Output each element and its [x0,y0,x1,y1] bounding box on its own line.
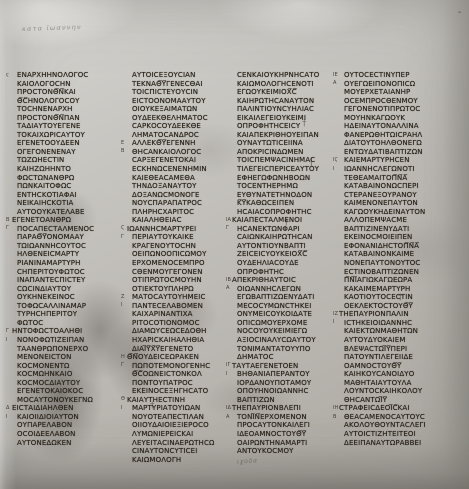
text-line: ΕϹΚΗΝΩϹΕΝΕΝΗΜΙΝ [132,165,236,174]
eusebian-section-number: Ι [333,320,334,325]
text-line: ΕΓΩΒΑΠΤΙΖΩΕΝΥΔΑΤΙ [237,293,341,302]
eusebian-section-number: Α [226,415,229,420]
text-line: ΕϹΤΙΝΟΒΑΠΤΙΖΩΝΕΝ [344,268,448,277]
text-line: ΚΑΙΕΘΕΑϹΑΜΕΘΑ [132,174,236,183]
text-line: ΤΟϹΕΝΤΗΕΡΗΜΩ [237,182,341,191]
text-line: ϹΑΡΞΕΓΕΝΕΤΟΚΑΙ [132,156,236,165]
text-line: ΟΠΡΟΦΗΤΗϹΕΙϹΥ [237,122,341,131]
text-line: ΘΕΑϹΑΜΕΝΟϹΑΥΤΟΥϹ [344,413,448,422]
text-line: ΠΩΠΟΤΕΜΟΝΟΓΕΝΗϹ [132,362,236,371]
text-line: ΒΑΠΤΙΖΙΝΕΝΥΔΑΤΙ [344,225,448,234]
manuscript-page-photo: κατα ϊωαννην ″ ΕΝΑΡΧΗΗΝΟΛΟΓΟϹΚΑΙΟΛΟΓΟϹΗΝ… [0,0,469,489]
text-line: ΚΑΙΑΛΗΘΕΙΑϹ [132,216,236,225]
text-column-4: ΟΥΤΟϹΕϹΤΙΝΥΠΕΡΟΥΕΓΩΕΙΠΟΝΟΠΙϹΩΜΟΥΕΡΧΕΤΑΙΑ… [344,71,448,447]
text-line: ΠΑΤΟΥΝΤΙΛΕΓΕΙΙΔΕ [344,353,448,362]
text-line: ΚΑΤΑΒΑΙΝΟΝΩϹΠΕΡΙ [344,182,448,191]
text-line: ΑΛΛΕΚΘ̅Υ̅ΕΓΕΝΝΗ [132,139,236,148]
text-line: ΕΝΤΗϹΚΟΤΙΑΦΑΙ [17,191,121,200]
text-line: ϹΩϹΙΝΔΙΑΥΤΟΥ [17,285,121,294]
text-line: ΜΟϹΑΥΤΟΝΟΥΚΕΓΝΩ [17,396,121,405]
text-line: ΟΤΙΠΡΩΤΟϹΜΟΥΗΝ [132,276,236,285]
text-line: ΚΑΙΕΜΑΡΤΥΡΗϹΕΝ [344,156,448,165]
eusebian-section-number: ΙΓ [226,363,230,368]
text-line: ΑΠΕΚΡΙΘΗΑΥΤΟΙϹ [232,276,341,285]
text-line: ΤΟΝΙΜΑΝΤΑΤΟΥΥΠΟ [237,345,341,354]
text-line: ΟΙΟΥΚΕΞΑΙΜΑΤΩΝ [132,105,236,114]
text-line: ΕΓΩΟΥΚΕΙΜΙΟΧ̅Ϲ̅ [237,88,341,97]
text-line: ΑΞΙΟϹΙΝΑΛΥϹΩΑΥΤΟΥ [237,336,341,345]
text-line: ΤΗΕΠΑΥΡΙΟΝΒΛΕΠΙ [232,404,341,413]
text-line: ΑΥΤΟΟΥΚΑΤΕΛΑΒΕ [17,208,121,217]
eusebian-section-number: Ε [121,141,124,146]
text-line: ΚΑΙΗΚΟΥϹΑΝΟΙΔΥΟ [344,370,448,379]
text-line: ΡΙΤΟϹΟΤΙΟΝΟΜΟϹ [132,319,236,328]
text-line: ΑΝΤΟΥΚΟϹΜΟΥ [237,447,341,456]
text-line: ΟΙΙΟΥΔΑΙΟΙΕΞΙΕΡΟϹΟ [132,421,236,430]
text-line: ΠΡΟϹΤΟΝΘ̅Ν̅ΠΑΝ [17,114,121,123]
text-line: Θ̅Ν̅ΟΥΔΕΙϹΕΩΡΑΚΕΝ [127,353,236,362]
text-line: ΚΟϹΜΩΗΝΚΑΙΟ [17,370,121,379]
text-line: ΙΩΑΝΝΗϹΜΑΡΤΥΡΕΙ [127,225,236,234]
text-line: ΙΔΕΟΑΜΝΟϹΤΟΥΘ̅Υ̅ [237,430,341,439]
eusebian-section-number: ΙΔ [226,406,231,411]
eusebian-section-number: Ϛ [121,226,124,231]
text-line: ΚΑΟΤΙΟΥΤΟϹΕϹΤΙΝ [344,293,448,302]
text-line: ΚΑΙΜΕΝΟΝΕΠΑΥΤΟΝ [344,199,448,208]
text-line: ΑΥΤΟΝΕΔΩΚΕΝ [17,439,121,448]
text-line: ΕΡΧΟΜΕΝΟϹΕΜΠΡΟ [132,259,236,268]
text-line: ΟΥΠΑΡΕΛΑΒΟΝ [17,421,121,430]
text-line: ΠΑΡΑΘ̅Υ̅ΟΝΟΜΑΑΥ [17,233,121,242]
text-line: ΤΥΡΗϹΗΠΕΡΙΤΟΥ [17,310,121,319]
text-line: ΦΩΤΟϹ [17,319,121,328]
eusebian-section-number: ΙΕ [333,73,338,78]
text-line: ΟΥΝΑΥΤΩΤΙϹΕΙΙΝΑ [237,139,341,148]
text-line: ΟΕΚΛΕΚΤΟϹΤΟΥΘ̅Υ̅ [344,302,448,311]
text-line: ΕΙϹΤΟΟΝΟΜΑΑΥΤΟΥ [132,97,236,106]
text-line: ΤΑΔΙΑΥΤΟΥΕΓΕΝΕ [17,122,121,131]
text-line: ΜΟΥΗΝΚΑΓΩΟΥΚ [344,114,448,123]
text-line: ΜΕΝΟΝΕΙϹΤΟΝ [17,353,121,362]
text-line: Θ̅Ϲ̅ΟΩΝΕΙϹΤΟΝΚΟΛ [132,370,236,379]
text-line: ΝΟϹΟΥΟΥΚΕΙΜΙΕΓΩ [237,327,341,336]
text-line: ΟΓΕΓΟΝΕΝΕΝΑΥ [17,148,121,157]
text-line: ΦΑΝΕΡΩΘΗΤΩΙϹΡΑΗΛ [344,131,448,140]
text-line: ΝΟΝΟΦΩΤΙΖΕΙΠΑΝ [17,336,121,345]
text-line: ΙϹΤΗΚΕΙΟΙΩΑΝΝΗϹ [344,319,448,328]
text-line: ΘΗϹΑΝΚΑΙΟΛΟΓΟϹ [132,148,236,157]
eusebian-section-number: Β [121,149,124,154]
text-line: ΤΟΚΑΙΧΩΡΙϹΑΥΤΟΥ [17,131,121,140]
text-line: ΚΑΤΑΒΑΙΝΟΝΚΑΙΜΕ [344,250,448,259]
text-line: ΑΥΤΟΙϹΕΞΟΥϹΙΑΝ [132,71,236,80]
text-line: ΟΤΙΕΚΤΟΥΠΛΗΡΩ [132,285,236,294]
text-line: ΒΛΕΨΑϹΤΩΙ̅Υ̅ΠΕΡΙ [344,345,448,354]
text-line: ΚΑΓΩΟΥΚΗΔΕΙΝΑΥΤΟΝ [344,208,448,217]
text-line: ΕΦΟΝΑΝΙΔΗϹΤΟΠ̅Ν̅Α̅ [344,242,448,251]
text-line: ϹΙΝΑΥΤΟΝϹΥΤΙϹΕΙ [132,447,236,456]
eusebian-section-number: ΙΑ [226,218,231,223]
text-line: ΜΑΘΗΤΑΙΑΥΤΟΥΛΑ [344,379,448,388]
text-line: ΗΝΤΟΦΩϹΤΟΑΛΗΘΙ [12,327,121,336]
text-line: ΗΛΘΕΝΕΙϹΜΑΡΤΥ [17,250,121,259]
text-line: ΟΝΥΜΕΙϹΟΥΚΟΙΔΑΤΕ [237,310,341,319]
text-line: ΚΑΙΩΜΟΛΟΓΗ [132,456,236,465]
text-line: ΟϹΟΙΔΕΕΛΑΒΟΝ [17,430,121,439]
eusebian-section-number: Γ [6,329,9,334]
text-line: ΔΟΞΑΝΩϹΜΟΝΟΓΕ [132,191,236,200]
text-line: ΚΑΙΑΥΤΗΕϹΤΙΝΗ [127,396,236,405]
text-line: ΜΟΥΕΡΧΕΤΑΙΑΝΗΡ [344,88,448,97]
text-line: ΤΕΚΝΑΘ̅Υ̅ΓΕΝΕϹΘΑΙ [132,80,236,89]
text-line: ΔΙΑΙ̅Υ̅Χ̅Υ̅ΕΓΕΝΕΤΟ [132,345,236,354]
text-line: ΜΑΡΤΥΡΙΑΤΟΥΙΩΑΝ [132,404,236,413]
eusebian-section-number: Γ [226,226,229,231]
text-line: ΒΗΘΑΝΙΑΠΕΡΑΝΤΟΥ [237,370,341,379]
text-line: ΚΑΙΗΡΩΤΗϹΑΝΑΥΤΟΝ [237,97,341,106]
text-line: ΡΙΑΝΙΝΑΜΑΡΤΥΡΗ [17,259,121,268]
text-line: ΛΟΥΝΤΟϹΚΑΙΗΚΟΛΟΥ [344,387,448,396]
text-line: ΑΠΟΚΡΙϹΙΝΔΩΜΕΝ [237,148,341,157]
eusebian-section-number: Ι [121,406,122,411]
text-line: ΠΟΝΤΟΥΠΑΤΡΟϹ [132,379,236,388]
text-line: ΔΗΜΑΤΟϹ [237,353,341,362]
text-line: ΔΕΕΙΠΑΝΑΥΤΩΡΑΒΒΕΙ [344,439,448,448]
text-line: ΚΑΙΟΙΙΔΙΟΙΑΥΤΟΝ [17,413,121,422]
text-line: ΟΥΔΕΗΛΙΑϹΟΥΔΕ [237,259,341,268]
text-column-2: ΑΥΤΟΙϹΕΞΟΥϹΙΑΝΤΕΚΝΑΘ̅Υ̅ΓΕΝΕϹΘΑΙΤΟΙϹΠΙϹΤΕ… [132,71,236,464]
text-line: ΟΥΕΓΩΕΙΠΟΝΟΠΙϹΩ [344,80,448,89]
text-line: ΠΛΗΡΗϹΧΑΡΙΤΟϹ [132,208,236,217]
text-line: ϹΑΡΚΟϹΟΥΔΕΕΚΘΕ [132,122,236,131]
text-line: ΦΩϹΤΩΝΑΝΘΡΩ [17,174,121,183]
text-line: ΕΚΕΙΝΟϹΕΞΗΓΗϹΑΤΟ [132,387,236,396]
text-line: ΟϹΕΜΠΡΟϹΘΕΝΜΟΥ [344,97,448,106]
text-line: ΗϹΑΝΕΚΤΩΝΦΑΡΙ [237,225,341,234]
text-line: ΤΟΦΩϹΑΛΛΙΝΑΜΑΡ [17,302,121,311]
text-line: ΠΑΝΤΕϹΕΛΑΒΟΜΕΝ [132,302,236,311]
ink-blot: † [150,402,155,411]
text-line: ΤΩΙΩΑΝΝΗϹΟΥΤΟϹ [17,242,121,251]
text-line: ΒΑΠΤΙΖΩΝ [237,396,341,405]
eusebian-section-number: Ζ [121,295,124,300]
text-line: ΟΥΔΕΕΚΘΕΛΗΜΑΤΟϹ [132,114,236,123]
text-line: ΤΟΝΙ̅Ν̅ΕΡΧΟΜΕΝΟΝ [237,413,341,422]
eusebian-section-number: Η [121,355,125,360]
text-line: ΕΝΑΡΧΗΗΝΟΛΟΓΟϹ [17,71,121,80]
text-line: ΚΟϹΜΟϹΔΙΑΥΤΟΥ [17,379,121,388]
folio-mark: ″ [455,11,461,22]
eusebian-section-number: Ι [121,303,122,308]
text-line: ΚΑΙΕΚΤΩΝΜΑΘΗΤΩΝ [344,327,448,336]
text-line: ΤΗΕΠΑΥΡΙΟΝΠΑΛΙΝ [339,310,448,319]
text-line: ΝΟΥϹΠΑΡΑΠΑΤΡΟϹ [132,199,236,208]
text-line: ΠΡΟϹΑΥΤΟΝΚΑΙΛΕΓΙ [237,421,341,430]
text-line: ΟΠΙϹΩΜΟΥΕΡΧΟΜΕ [237,319,341,328]
text-line: ΕΙϹΤΑΙΔΙΑΗΛΘΕΝ [12,404,121,413]
text-line: ΤΑΑΝΘΡΩΠΟΝΕΡΧΟ [17,345,121,354]
eusebian-section-number: ΙΒ [226,278,231,283]
text-line: ΕΚΕΙΝΟϹΜΟΙΕΙΠΕΝ [344,233,448,242]
text-line: ΚΑΙΩΜΟΛΟΓΗϹΕΝΟΤΙ [237,80,341,89]
eusebian-section-number: Θ [121,397,125,402]
text-line: ΚΑΙΗΖΩΗΗΝΤΟ [17,165,121,174]
text-line: ΕΝΤΩΥΔΑΤΙΒΑΠΤΙΖΩΝ [344,148,448,157]
text-line: ΚΑΚΑΙΜΕΜΑΡΤΥΡΗ [344,285,448,294]
text-line: ΚΡΑΓΕΝΟΥΤΟϹΗΝ [132,242,236,251]
text-line: ΝΟΥΟΤΕΑΠΕϹΤΙΛΑΝ [132,413,236,422]
text-line: ΗΔΕΙΝΑΥΤΟΝΑΛΛΙΝΑ [344,122,448,131]
text-line: ΤΟΙϹΠΕΜΨΑϹΙΝΗΜΑϹ [237,156,341,165]
eusebian-section-number: Ι [226,372,227,377]
eusebian-section-number: Β [6,218,9,223]
text-line: ΜΑΤΟϹΑΥΤΟΥΗΜΕΙϹ [132,293,236,302]
text-line: ΟΙΩΑΝΝΗϹΛΕΓΩΝ [237,285,341,294]
text-line: ΚΑΙΑΠΕΚΡΙΘΗΟΥΕΙΠΑΝ [237,131,341,140]
text-line: ΑΥΤΟΙϹΤΙΖΗΤΕΙΤΕΟΙ [344,430,448,439]
text-line: ΟΠΡΟΦΗΤΗϹ [237,268,341,277]
text-line: ϹΗΠΕΡΙΤΟΥΦΩΤΟϹ [17,268,121,277]
text-line: ϹΘΕΝΜΟΥΓΕΓΟΝΕΝ [132,268,236,277]
text-line: ΤΩΖΩΗΕϹΤΙΝ [17,156,121,165]
text-line: ϹΑΙΩΝΚΑΙΗΡΩΤΗϹΑΝ [237,233,341,242]
text-column-3: ϹΕΝΚΑΙΟΥΚΗΡΝΗϹΑΤΟΚΑΙΩΜΟΛΟΓΗϹΕΝΟΤΙΕΓΩΟΥΚΕ… [237,71,341,456]
eusebian-section-number: ΙΖ [333,312,338,317]
text-line: Π̅Ν̅Ι̅ΑΓΙΩΚΑΓΩΕΩΡΑ [344,276,448,285]
text-line: ΕΦΗΕΓΩΦΩΝΗΒΟΩΝ [237,174,341,183]
eusebian-section-number: Α [226,286,229,291]
eusebian-section-number: ΙΗ [333,406,338,411]
text-line: Θ̅Ϲ̅ΗΝΟΛΟΓΟϹΟΥ [17,97,121,106]
text-line: ΕΙΚΑΙΛΕΓΕΙΟΥΚΕΙΜΙ [237,114,341,123]
text-line: ΕΓΕΝΕΤΟΑΝΘΡΩ [12,216,121,225]
ink-blot: † [302,120,307,129]
text-line: ΟΥΚΗΝΕΚΕΙΝΟϹ [17,293,121,302]
text-line: ΑΛΛΟΠΕΜΨΑϹΜΕ [344,216,448,225]
eusebian-section-number: Β [333,415,336,420]
text-line: ΙΝΑΠΑΝΤΕϹΠΙϹΤΕΥ [17,276,121,285]
ink-blot: ǀ [310,158,313,167]
text-line: ΚΟϹΜΟΝΕΝΤΩ [17,362,121,371]
eusebian-section-number: Γ [121,363,124,368]
text-line: ϹΤΡΑΦΕΙϹΔΕΟΙ̅Ϲ̅ΚΑΙ [339,404,448,413]
text-column-1: ΕΝΑΡΧΗΗΝΟΛΟΓΟϹΚΑΙΟΛΟΓΟϹΗΝΠΡΟϹΤΟΝΘ̅Ν̅ΚΑΙΘ… [17,71,121,447]
text-line: ΕΓΕΝΕΤΟΟΥΔΕΕΝ [17,139,121,148]
text-line: ΟΕΙΠΩΝΟΟΠΙϹΩΜΟΥ [132,250,236,259]
text-line: ΝΕΙΚΑΙΗϹΚΟΤΙΑ [17,199,121,208]
text-line: ΠΩΝΚΑΙΤΟΦΩϹ [17,182,121,191]
eusebian-section-number: ΙϚ [333,158,338,163]
text-line: ϹΤΕΡΑΝΕΞΟΥΡΑΝΟΥ [344,191,448,200]
quire-signature: ιχοδα [237,457,258,465]
text-line: ΟΠΟΥΗΝΟΙΩΑΝΝΗϹ [237,387,341,396]
text-line: ΤΗΝΔΟΞΑΝΑΥΤΟΥ [132,182,236,191]
text-line: ΠΡΟϹΤΟΝΘ̅Ν̅ΚΑΙ [17,88,121,97]
text-line: ΟΥΤΟϹΕϹΤΙΝΥΠΕΡ [344,71,448,80]
text-line: ΟΑΙΡΩΝΤΗΝΑΜΑΡΤΙ [237,439,341,448]
text-line: ΤΕΘΕΑΜΑΙΤΟΠ̅Ν̅Α̅ [344,174,448,183]
text-line: ΗΧΑΡΙϹΚΑΙΗΑΛΗΘΙΑ [132,336,236,345]
text-line: ΔΙΑΜΩΥϹΕΩϹΕΔΟΘΗ [132,327,236,336]
text-line: ΓΕΓΟΝΕΝΟΤΙΠΡΩΤΟϹ [344,105,448,114]
text-line: ΖΕΙϹΕΙϹΥΟΥΚΕΙΟΧ̅Ϲ̅ [237,250,341,259]
text-line: ΠΕΡΙΑΥΤΟΥΚΑΙΚΕ [132,233,236,242]
eusebian-section-number: Ι [6,415,7,420]
ink-blot: † [284,219,289,228]
eusebian-section-number: Γ [121,235,124,240]
text-line: ΟΑΜΝΟϹΤΟΥΘ̅Υ̅ [344,362,448,371]
text-line: ΑΥΤΟΥΔΥΟΚΑΙΕΜ [344,336,448,345]
text-line: ΙΟΡΔΑΝΟΥΠΟΤΑΜΟΥ [237,379,341,388]
text-line: ΤΟϹΗΝΕΝΑΡΧΗ [17,105,121,114]
text-line: ΚΑΙΧΑΡΙΝΑΝΤΙΧΑ [132,310,236,319]
text-line: ϹΕΝΚΑΙΟΥΚΗΡΝΗϹΑΤΟ [237,71,341,80]
text-line: ΙΩΑΝΝΗϹΛΕΓΩΝΟΤΙ [344,165,448,174]
text-line: ΑΚΟΛΟΥΘΟΥΝΤΑϹΛΕΓΙ [344,421,448,430]
text-line: ΛΕΥΕΙΤΑϹΙΝΑΕΡΩΤΗϹΩ [132,439,236,448]
eusebian-section-number: Γ [6,226,9,231]
eusebian-section-number: Ι [333,167,334,172]
text-line: ΝΟΝΕΠΑΥΤΟΝΟΥΤΟϹ [344,259,448,268]
text-line: ΤΑΥΤΑΕΓΕΝΕΤΟΕΝ [232,362,341,371]
text-line: ΔΙΑΤΟΥΤΟΗΛΘΟΝΕΓΩ [344,139,448,148]
eusebian-section-number: Α [333,81,336,86]
text-line: ΤΙΛΕΓΕΙϹΠΕΡΙϹΕΑΥΤΟΥ [237,165,341,174]
text-line: ΚΑΙΟΛΟΓΟϹΗΝ [17,80,121,89]
text-line: Κ̅Υ̅ΚΑΘΩϹΕΙΠΕΝ [237,199,341,208]
text-line: ΜΕϹΟϹΥΜΩΝϹΤΗΚΕΙ [237,302,341,311]
header-inscription: κατα ϊωαννην [22,23,82,33]
eusebian-section-number: Ι [6,338,7,343]
ink-blot: † [398,294,403,303]
text-line: ΠΑΛΙΝΤΙΟΥΝϹΥΗΛΙΑϹ [237,105,341,114]
eusebian-section-number: ϛ [6,73,9,78]
text-line: ΛΥΜΩΝΙΕΡΕΙϹΚΑΙ [132,430,236,439]
eusebian-section-number: Δ [6,406,9,411]
text-line: ΕΓΕΝΕΤΟΚΑΙΟΚΟϹ [17,387,121,396]
text-line: ΕΥΘΥΝΑΤΕΤΗΝΟΔΟΝ [237,191,341,200]
text-line: ΤΟΙϹΠΙϹΤΕΥΟΥϹΙΝ [132,88,236,97]
text-line: ΗϹΑΙΑϹΟΠΡΟΦΗΤΗϹ [237,208,341,217]
